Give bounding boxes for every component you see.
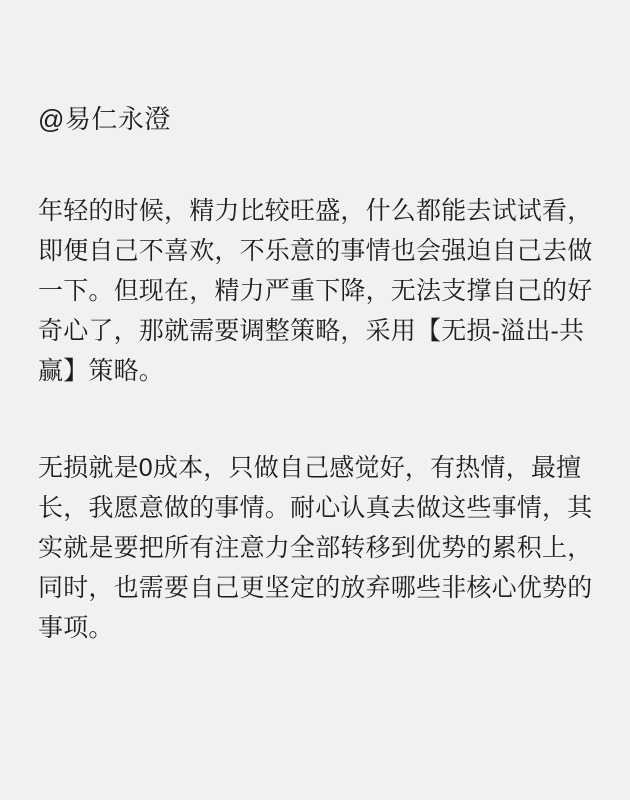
paragraph-2-line-4: 同时，也需要自己更坚定的放弃哪些非核心优势的 [38,568,594,608]
paragraph-1: 年轻的时候，精力比较旺盛，什么都能去试试看， 即便自己不喜欢，不乐意的事情也会强… [38,191,594,391]
paragraph-2: 无损就是0成本，只做自己感觉好，有热情，最擅 长，我愿意做的事情。耐心认真去做这… [38,448,594,648]
paragraph-2-line-1: 无损就是0成本，只做自己感觉好，有热情，最擅 [38,448,594,488]
quote-card: @易仁永澄 年轻的时候，精力比较旺盛，什么都能去试试看， 即便自己不喜欢，不乐意… [0,0,630,800]
paragraph-1-line-3: 一下。但现在，精力严重下降，无法支撑自己的好 [38,271,594,311]
author-handle: @易仁永澄 [38,104,594,134]
paragraph-2-line-5: 事项。 [38,608,594,648]
paragraph-1-line-2: 即便自己不喜欢，不乐意的事情也会强迫自己去做 [38,231,594,271]
paragraph-1-line-4: 奇心了，那就需要调整策略，采用【无损-溢出-共 [38,311,594,351]
paragraph-2-line-2: 长，我愿意做的事情。耐心认真去做这些事情，其 [38,488,594,528]
paragraph-1-line-5: 赢】策略。 [38,351,594,391]
paragraph-1-line-1: 年轻的时候，精力比较旺盛，什么都能去试试看， [38,191,594,231]
paragraph-2-line-3: 实就是要把所有注意力全部转移到优势的累积上， [38,528,594,568]
